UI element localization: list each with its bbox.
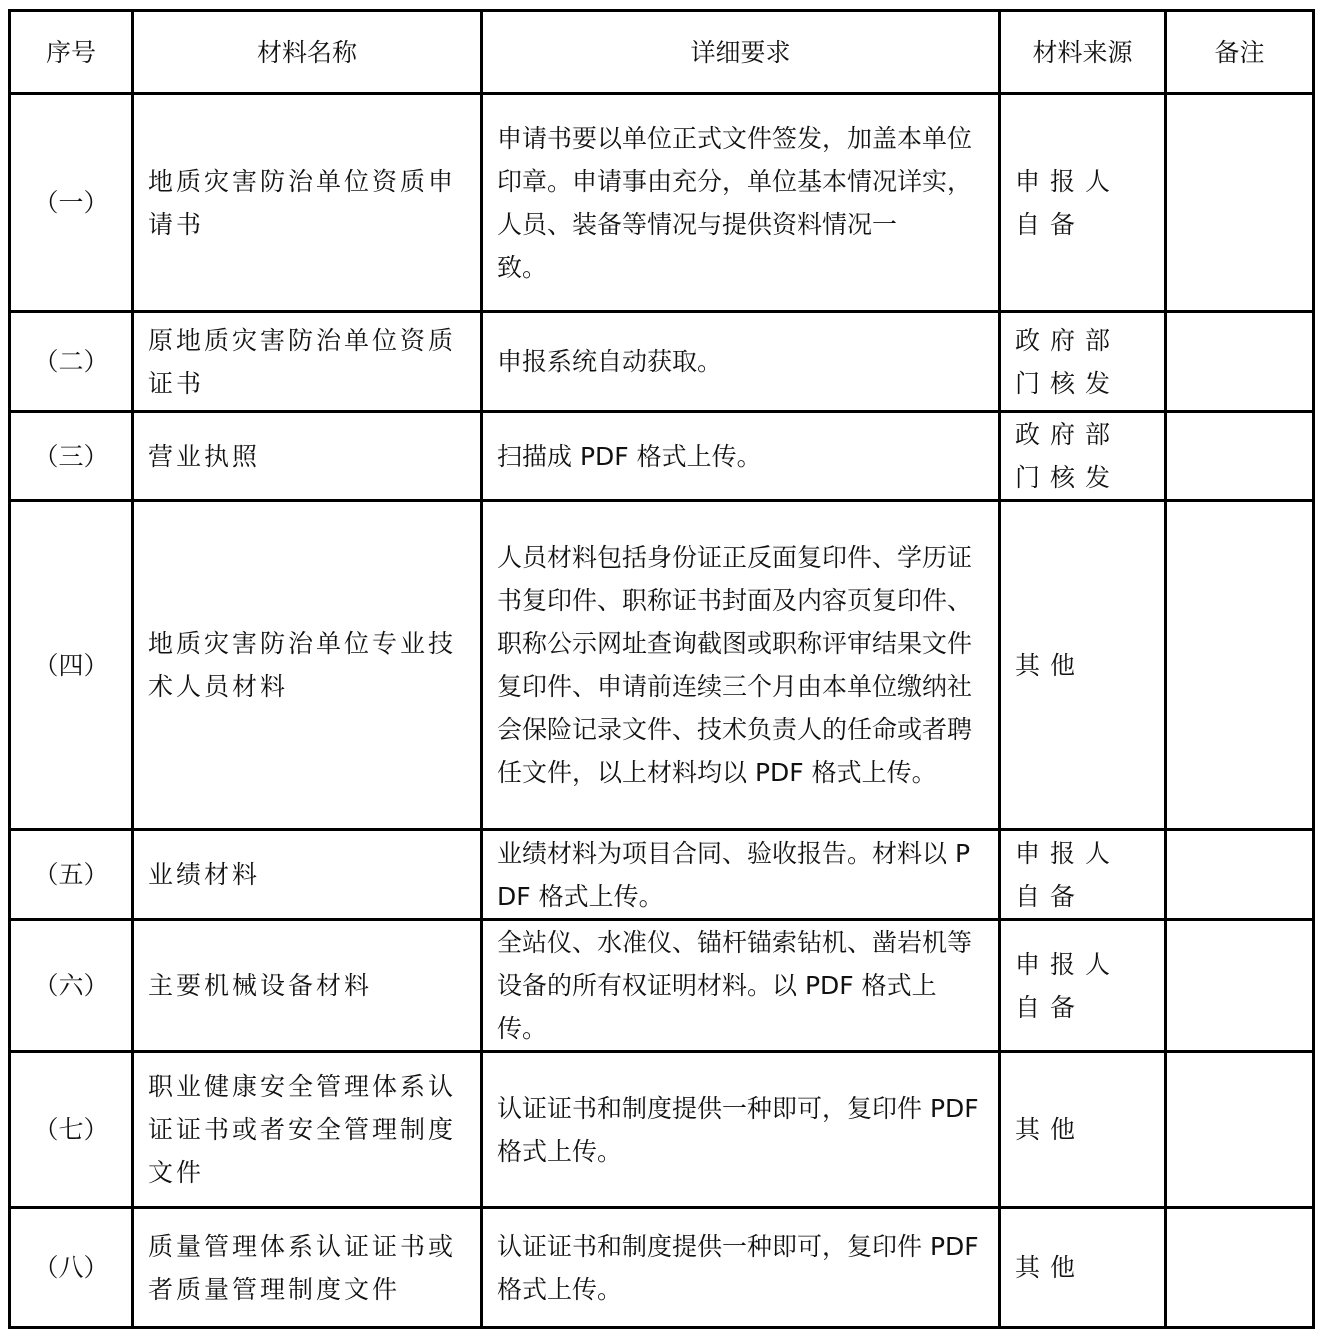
row-num: （四） (10, 501, 133, 830)
row-detail: 申报系统自动获取。 (482, 312, 1000, 412)
table-row: （五） 业绩材料 业绩材料为项目合同、验收报告。材料以 PDF 格式上传。 申报… (10, 830, 1314, 920)
row-name: 地质灾害防治单位资质申请书 (133, 94, 482, 312)
row-source: 其他 (1000, 1052, 1166, 1208)
row-note (1166, 1208, 1314, 1328)
row-name: 地质灾害防治单位专业技术人员材料 (133, 501, 482, 830)
row-num: （二） (10, 312, 133, 412)
row-detail: 申请书要以单位正式文件签发，加盖本单位印章。申请事由充分，单位基本情况详实，人员… (482, 94, 1000, 312)
row-num: （三） (10, 412, 133, 501)
row-name: 质量管理体系认证证书或者质量管理制度文件 (133, 1208, 482, 1328)
table-row: （四） 地质灾害防治单位专业技术人员材料 人员材料包括身份证正反面复印件、学历证… (10, 501, 1314, 830)
row-source: 申报人自备 (1000, 920, 1166, 1052)
row-detail: 认证证书和制度提供一种即可，复印件 PDF 格式上传。 (482, 1052, 1000, 1208)
row-num: （八） (10, 1208, 133, 1328)
table-row: （六） 主要机械设备材料 全站仪、水准仪、锚杆锚索钻机、凿岩机等设备的所有权证明… (10, 920, 1314, 1052)
row-source: 申报人自备 (1000, 94, 1166, 312)
row-name: 职业健康安全管理体系认证证书或者安全管理制度文件 (133, 1052, 482, 1208)
row-num: （五） (10, 830, 133, 920)
row-note (1166, 94, 1314, 312)
header-num: 序号 (10, 11, 133, 94)
row-detail: 人员材料包括身份证正反面复印件、学历证书复印件、职称证书封面及内容页复印件、职称… (482, 501, 1000, 830)
row-source: 政府部门核发 (1000, 412, 1166, 501)
row-name: 业绩材料 (133, 830, 482, 920)
materials-table: 序号 材料名称 详细要求 材料来源 备注 （一） 地质灾害防治单位资质申请书 申… (8, 9, 1315, 1329)
header-row: 序号 材料名称 详细要求 材料来源 备注 (10, 11, 1314, 94)
header-note: 备注 (1166, 11, 1314, 94)
row-source: 其他 (1000, 501, 1166, 830)
row-num: （一） (10, 94, 133, 312)
row-detail: 扫描成 PDF 格式上传。 (482, 412, 1000, 501)
row-name: 营业执照 (133, 412, 482, 501)
row-note (1166, 920, 1314, 1052)
row-note (1166, 412, 1314, 501)
header-source: 材料来源 (1000, 11, 1166, 94)
table-row: （七） 职业健康安全管理体系认证证书或者安全管理制度文件 认证证书和制度提供一种… (10, 1052, 1314, 1208)
row-detail: 认证证书和制度提供一种即可，复印件 PDF 格式上传。 (482, 1208, 1000, 1328)
row-detail: 全站仪、水准仪、锚杆锚索钻机、凿岩机等设备的所有权证明材料。以 PDF 格式上传… (482, 920, 1000, 1052)
row-detail: 业绩材料为项目合同、验收报告。材料以 PDF 格式上传。 (482, 830, 1000, 920)
row-note (1166, 830, 1314, 920)
row-note (1166, 501, 1314, 830)
row-source: 申报人自备 (1000, 830, 1166, 920)
row-name: 原地质灾害防治单位资质证书 (133, 312, 482, 412)
row-note (1166, 312, 1314, 412)
row-note (1166, 1052, 1314, 1208)
row-source: 政府部门核发 (1000, 312, 1166, 412)
table-row: （一） 地质灾害防治单位资质申请书 申请书要以单位正式文件签发，加盖本单位印章。… (10, 94, 1314, 312)
row-num: （六） (10, 920, 133, 1052)
table-row: （二） 原地质灾害防治单位资质证书 申报系统自动获取。 政府部门核发 (10, 312, 1314, 412)
row-name: 主要机械设备材料 (133, 920, 482, 1052)
row-source: 其他 (1000, 1208, 1166, 1328)
header-detail: 详细要求 (482, 11, 1000, 94)
table-row: （三） 营业执照 扫描成 PDF 格式上传。 政府部门核发 (10, 412, 1314, 501)
header-name: 材料名称 (133, 11, 482, 94)
row-num: （七） (10, 1052, 133, 1208)
table-row: （八） 质量管理体系认证证书或者质量管理制度文件 认证证书和制度提供一种即可，复… (10, 1208, 1314, 1328)
